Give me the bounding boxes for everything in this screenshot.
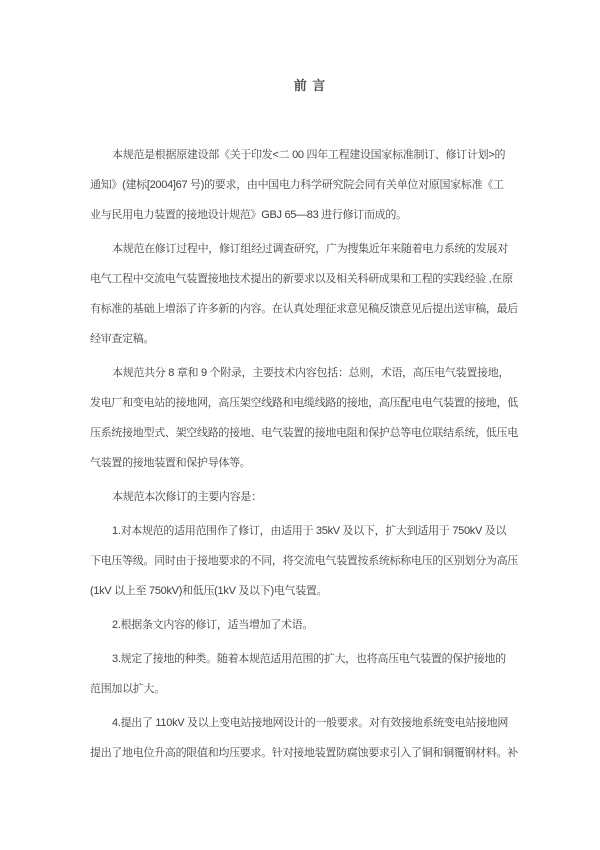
text-line: 3.规定了接地的种类。随着本规范适用范围的扩大，也将高压电气装置的保护接地的 [90, 644, 530, 674]
document-title: 前 言 [90, 78, 530, 94]
text-line: 本规范本次修订的主要内容是： [90, 482, 530, 512]
text-line: 1.对本规范的适用范围作了修订，由适用于 35kV 及以下，扩大到适用于 750… [90, 516, 530, 546]
text-line: 业与民用电力装置的接地设计规范》GBJ 65—83 进行修订而成的。 [90, 200, 530, 230]
text-line: 2.根据条文内容的修订，适当增加了术语。 [90, 610, 530, 640]
document-body: 本规范是根据原建设部《关于印发<二 00 四年工程建设国家标准制订、修订计划>的… [90, 140, 530, 768]
paragraph: 1.对本规范的适用范围作了修订，由适用于 35kV 及以下，扩大到适用于 750… [90, 516, 530, 606]
text-line: 4.提出了 110kV 及以上变电站接地网设计的一般要求。对有效接地系统变电站接… [90, 708, 530, 738]
paragraph: 本规范本次修订的主要内容是： [90, 482, 530, 512]
text-line: 本规范在修订过程中，修订组经过调查研究，广为搜集近年来随着电力系统的发展对 [90, 234, 530, 264]
document-page: 前 言 本规范是根据原建设部《关于印发<二 00 四年工程建设国家标准制订、修订… [0, 0, 600, 850]
paragraph: 3.规定了接地的种类。随着本规范适用范围的扩大，也将高压电气装置的保护接地的范围… [90, 644, 530, 704]
text-line: 气装置的接地装置和保护导体等。 [90, 448, 530, 478]
text-line: 下电压等级。同时由于接地要求的不同，将交流电气装置按系统标称电压的区别划分为高压 [90, 546, 530, 576]
text-line: 压系统接地型式、架空线路的接地、电气装置的接地电阻和保护总等电位联结系统，低压电 [90, 418, 530, 448]
text-line: (1kV 以上至 750kV)和低压(1kV 及以下)电气装置。 [90, 576, 530, 606]
text-line: 本规范共分 8 章和 9 个附录，主要技术内容包括：总则，术语，高压电气装置接地… [90, 358, 530, 388]
text-line: 有标准的基础上增添了许多新的内容。在认真处理征求意见稿反馈意见后提出送审稿，最后 [90, 294, 530, 324]
text-line: 提出了地电位升高的限值和均压要求。针对接地装置防腐蚀要求引入了铜和铜覆钢材料。补 [90, 738, 530, 768]
paragraph: 4.提出了 110kV 及以上变电站接地网设计的一般要求。对有效接地系统变电站接… [90, 708, 530, 768]
paragraph: 本规范共分 8 章和 9 个附录，主要技术内容包括：总则，术语，高压电气装置接地… [90, 358, 530, 478]
text-line: 范围加以扩大。 [90, 674, 530, 704]
text-line: 发电厂和变电站的接地网，高压架空线路和电缆线路的接地，高压配电电气装置的接地，低 [90, 388, 530, 418]
paragraph: 本规范在修订过程中，修订组经过调查研究，广为搜集近年来随着电力系统的发展对电气工… [90, 234, 530, 354]
text-line: 本规范是根据原建设部《关于印发<二 00 四年工程建设国家标准制订、修订计划>的 [90, 140, 530, 170]
text-line: 通知》(建标[2004]67 号)的要求，由中国电力科学研究院会同有关单位对原国… [90, 170, 530, 200]
text-line: 电气工程中交流电气装置接地技术提出的新要求以及相关科研成果和工程的实践经验 ,在… [90, 264, 530, 294]
paragraph: 2.根据条文内容的修订，适当增加了术语。 [90, 610, 530, 640]
paragraph: 本规范是根据原建设部《关于印发<二 00 四年工程建设国家标准制订、修订计划>的… [90, 140, 530, 230]
text-line: 经审查定稿。 [90, 324, 530, 354]
